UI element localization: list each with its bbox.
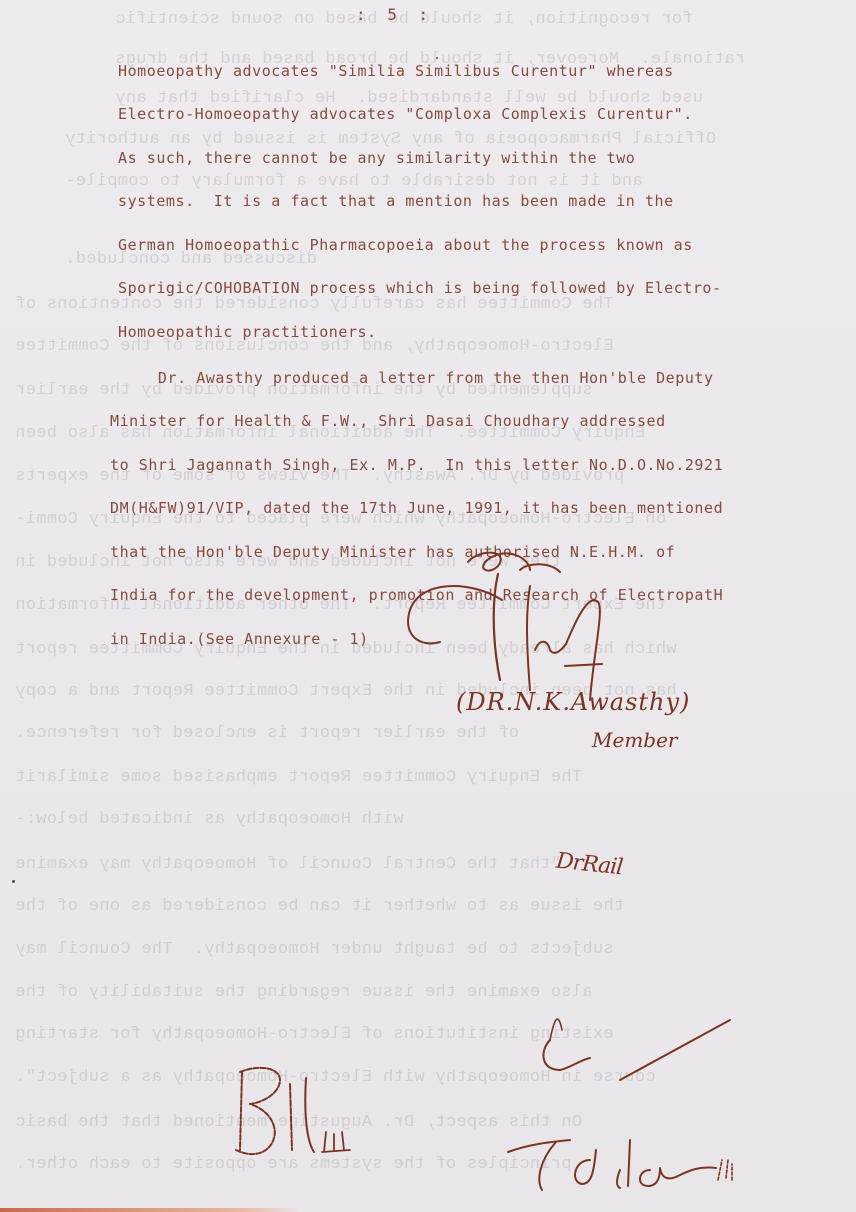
body-line: Dr. Awasthy produced a letter from the t… bbox=[110, 369, 714, 387]
bleed-line: The Committee has carefully considered t… bbox=[15, 295, 666, 314]
signatory-name: (DR.N.K.Awasthy) bbox=[456, 688, 690, 716]
bleed-line: existing institutions of Electro-Homoeop… bbox=[15, 1025, 614, 1044]
bleed-line: and it is not desirable to have a formul… bbox=[65, 172, 643, 191]
bleed-line: with Homoeopathy as indicated below:- bbox=[15, 810, 404, 829]
page-number: : 5 : bbox=[356, 5, 434, 24]
body-line: German Homoeopathic Pharmacopoeia about … bbox=[118, 236, 693, 254]
signature-bottom-right bbox=[470, 1020, 790, 1204]
bleed-line: The Enquiry Committee Report emphasised … bbox=[15, 768, 635, 787]
scanned-document-page: for recognition, it should be based on s… bbox=[0, 0, 856, 1212]
body-line: systems. It is a fact that a mention has… bbox=[118, 192, 674, 210]
body-line: that the Hon'ble Deputy Minister has aut… bbox=[110, 543, 675, 561]
signatory-role: Member bbox=[592, 728, 677, 752]
body-line: Homoeopathic practitioners. bbox=[118, 323, 377, 341]
body-line: India for the development, promotion and… bbox=[110, 586, 723, 604]
body-line: Homoeopathy advocates "Similia Similibus… bbox=[118, 62, 674, 80]
bleed-line: of the earlier report is enclosed for re… bbox=[15, 724, 519, 743]
body-line: Sporigic/COHOBATION process which is bei… bbox=[118, 279, 722, 297]
scan-speck bbox=[12, 880, 15, 883]
bleed-line: principles of the systems are opposite t… bbox=[15, 1155, 572, 1174]
bleed-line: also examine the issue regarding the sui… bbox=[15, 983, 593, 1002]
body-line: Minister for Health & F.W., Shri Dasai C… bbox=[110, 412, 666, 430]
scan-speck bbox=[418, 242, 420, 244]
body-line: DM(H&FW)91/VIP, dated the 17th June, 199… bbox=[110, 499, 723, 517]
bleed-through-text: for recognition, it should be based on s… bbox=[0, 0, 856, 1212]
scan-edge-stripe bbox=[0, 1208, 300, 1212]
bleed-line: subjects to be taught under Homoeopathy.… bbox=[15, 940, 614, 959]
bleed-line: the issue as to whether it can be consid… bbox=[15, 897, 624, 916]
signature-bottom-left bbox=[210, 1050, 410, 1174]
body-line: Electro-Homoeopathy advocates "Comploxa … bbox=[118, 105, 693, 123]
initials-signature: DrRail bbox=[555, 849, 624, 881]
bleed-line: On this aspect, Dr. Augustine mentioned … bbox=[15, 1113, 635, 1132]
bleed-line: course in Homoeopathy with Electro-Homoe… bbox=[15, 1068, 656, 1087]
bleed-line: Official Pharmacopoeia of any System is … bbox=[65, 130, 716, 149]
body-line: in India.(See Annexure - 1) bbox=[110, 630, 369, 648]
body-line: As such, there cannot be any similarity … bbox=[118, 149, 635, 167]
bleed-line: "that the Central Council of Homoeopathy… bbox=[15, 855, 614, 874]
body-line: to Shri Jagannath Singh, Ex. M.P. In thi… bbox=[110, 456, 723, 474]
scan-speck bbox=[436, 57, 438, 59]
